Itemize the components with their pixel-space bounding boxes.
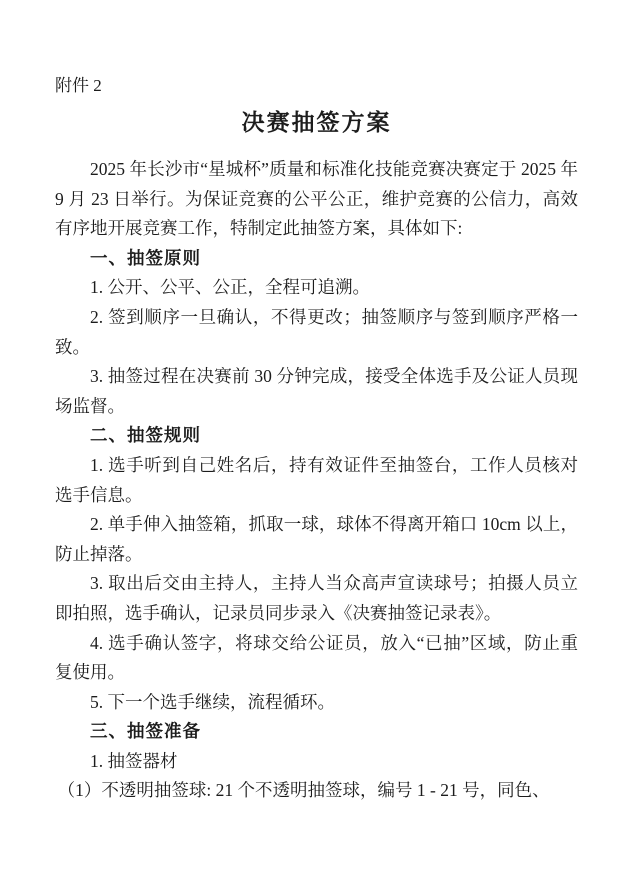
document-page: 附件 2 决赛抽签方案 2025 年长沙市“星城杯”质量和标准化技能竞赛决赛定于… bbox=[0, 0, 630, 888]
rule-item-5: 5. 下一个选手继续，流程循环。 bbox=[55, 688, 578, 718]
principle-item-3: 3. 抽签过程在决赛前 30 分钟完成，接受全体选手及公证人员现场监督。 bbox=[55, 362, 578, 421]
attachment-label: 附件 2 bbox=[55, 76, 578, 96]
document-body: 2025 年长沙市“星城杯”质量和标准化技能竞赛决赛定于 2025 年 9 月 … bbox=[55, 155, 578, 806]
principle-item-1: 1. 公开、公平、公正，全程可追溯。 bbox=[55, 273, 578, 303]
preparation-subitem-1: （1）不透明抽签球: 21 个不透明抽签球，编号 1 - 21 号，同色、 bbox=[55, 776, 578, 806]
principle-item-2: 2. 签到顺序一旦确认，不得更改；抽签顺序与签到顺序严格一致。 bbox=[55, 303, 578, 362]
section-heading-rules: 二、抽签规则 bbox=[55, 421, 578, 451]
document-title: 决赛抽签方案 bbox=[55, 110, 578, 136]
section-heading-preparation: 三、抽签准备 bbox=[55, 717, 578, 747]
rule-item-1: 1. 选手听到自己姓名后，持有效证件至抽签台，工作人员核对选手信息。 bbox=[55, 451, 578, 510]
intro-paragraph: 2025 年长沙市“星城杯”质量和标准化技能竞赛决赛定于 2025 年 9 月 … bbox=[55, 155, 578, 244]
rule-item-2: 2. 单手伸入抽签箱，抓取一球，球体不得离开箱口 10cm 以上，防止掉落。 bbox=[55, 510, 578, 569]
section-heading-principles: 一、抽签原则 bbox=[55, 244, 578, 274]
preparation-item-1: 1. 抽签器材 bbox=[55, 747, 578, 777]
rule-item-3: 3. 取出后交由主持人，主持人当众高声宣读球号；拍摄人员立即拍照，选手确认，记录… bbox=[55, 569, 578, 628]
rule-item-4: 4. 选手确认签字，将球交给公证员，放入“已抽”区域，防止重复使用。 bbox=[55, 629, 578, 688]
